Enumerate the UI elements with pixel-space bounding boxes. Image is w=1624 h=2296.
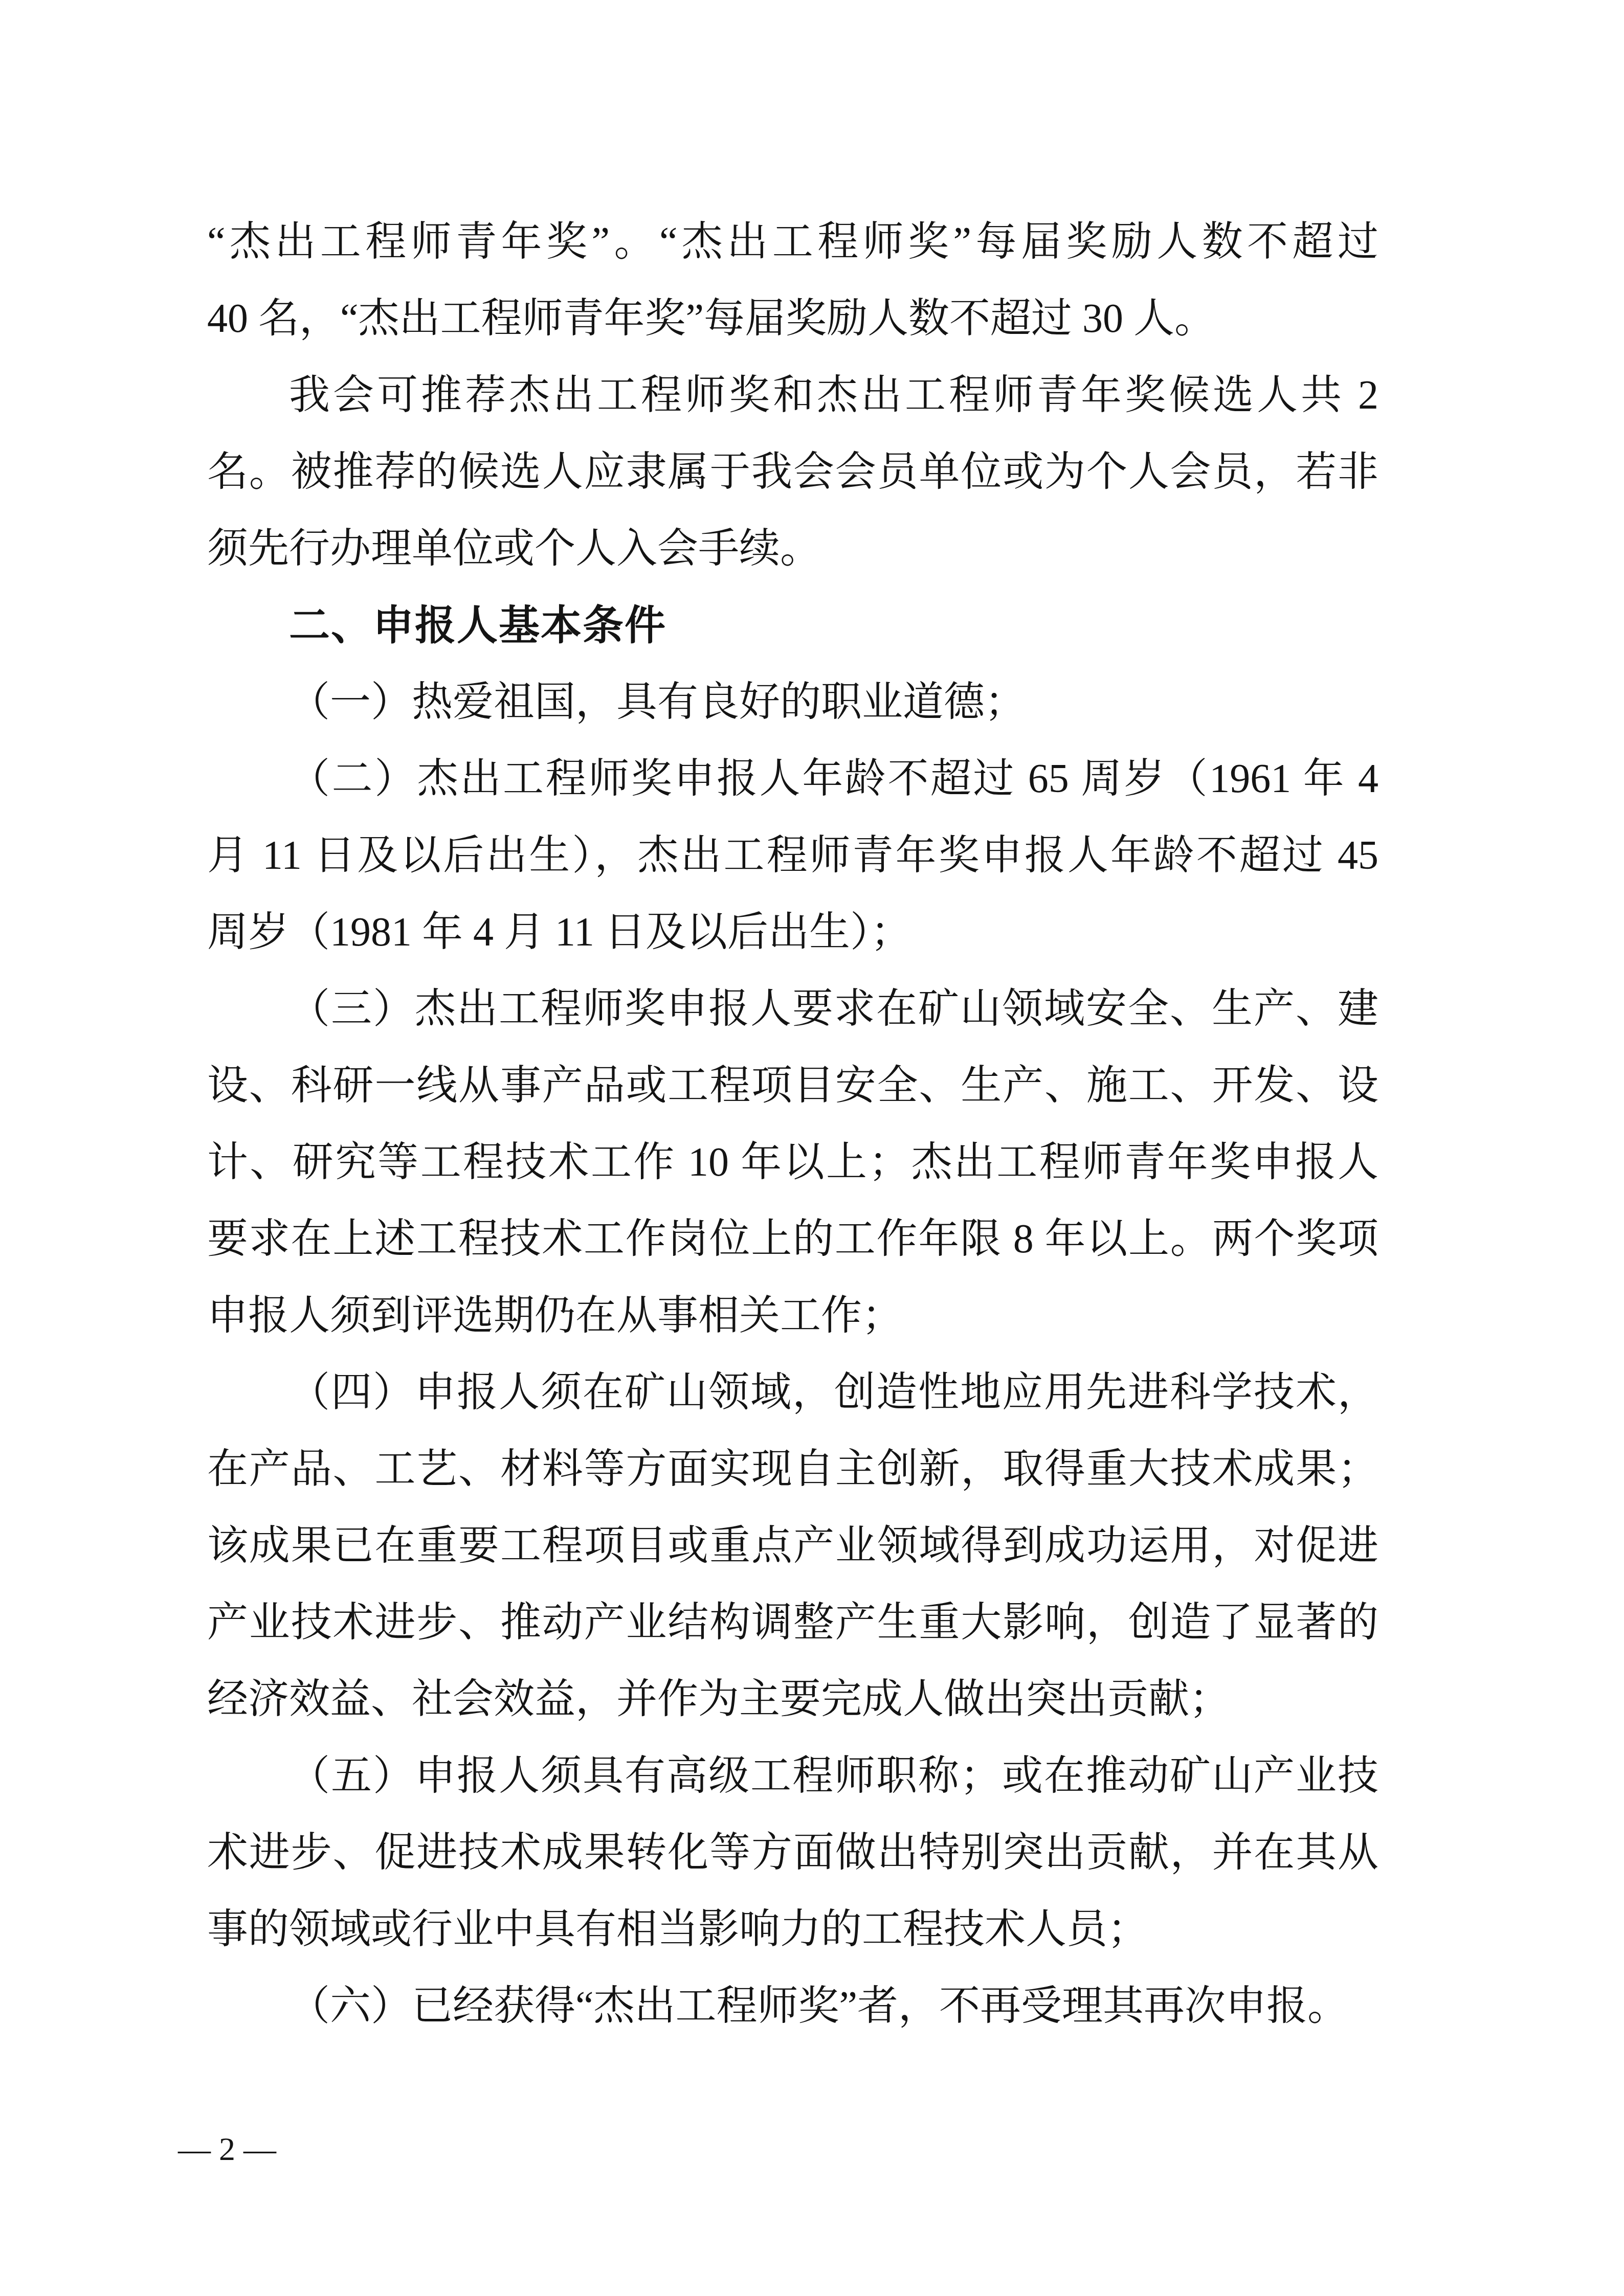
text-line: 我会可推荐杰出工程师奖和杰出工程师青年奖候选人共 2: [207, 357, 1378, 434]
text-line: （六）已经获得“杰出工程师奖”者，不再受理其再次申报。: [207, 1968, 1378, 2044]
section-heading: 二、申报人基本条件: [207, 587, 1378, 664]
text-line: （三）杰出工程师奖申报人要求在矿山领域安全、生产、建: [207, 971, 1378, 1047]
text-line: 计、研究等工程技术工作 10 年以上；杰出工程师青年奖申报人: [207, 1124, 1378, 1201]
text-line: 名。被推荐的候选人应隶属于我会会员单位或为个人会员，若非: [207, 434, 1378, 510]
text-line: （一）热爱祖国，具有良好的职业道德；: [207, 664, 1378, 740]
text-line: 设、科研一线从事产品或工程项目安全、生产、施工、开发、设: [207, 1047, 1378, 1124]
text-line: 月 11 日及以后出生），杰出工程师青年奖申报人年龄不超过 45: [207, 817, 1378, 894]
text-line: “杰出工程师青年奖”。“杰出工程师奖”每届奖励人数不超过: [207, 204, 1378, 280]
text-line: 40 名，“杰出工程师青年奖”每届奖励人数不超过 30 人。: [207, 280, 1378, 357]
page-number: — 2 —: [178, 2111, 276, 2188]
text-line: 要求在上述工程技术工作岗位上的工作年限 8 年以上。两个奖项: [207, 1201, 1378, 1277]
document-page: “杰出工程师青年奖”。“杰出工程师奖”每届奖励人数不超过40 名，“杰出工程师青…: [0, 0, 1624, 2296]
text-line: 周岁（1981 年 4 月 11 日及以后出生）；: [207, 894, 1378, 971]
text-line: 经济效益、社会效益，并作为主要完成人做出突出贡献；: [207, 1661, 1378, 1738]
text-line: 事的领域或行业中具有相当影响力的工程技术人员；: [207, 1891, 1378, 1968]
text-line: （五）申报人须具有高级工程师职称；或在推动矿山产业技: [207, 1738, 1378, 1814]
text-block: “杰出工程师青年奖”。“杰出工程师奖”每届奖励人数不超过40 名，“杰出工程师青…: [207, 204, 1378, 2044]
text-line: 术进步、促进技术成果转化等方面做出特别突出贡献，并在其从: [207, 1814, 1378, 1891]
text-line: （四）申报人须在矿山领域，创造性地应用先进科学技术，: [207, 1354, 1378, 1431]
text-line: 在产品、工艺、材料等方面实现自主创新，取得重大技术成果；: [207, 1431, 1378, 1507]
text-line: 该成果已在重要工程项目或重点产业领域得到成功运用，对促进: [207, 1507, 1378, 1584]
text-line: 产业技术进步、推动产业结构调整产生重大影响，创造了显著的: [207, 1584, 1378, 1661]
text-line: 申报人须到评选期仍在从事相关工作；: [207, 1277, 1378, 1354]
text-line: （二）杰出工程师奖申报人年龄不超过 65 周岁（1961 年 4: [207, 740, 1378, 817]
text-line: 须先行办理单位或个人入会手续。: [207, 510, 1378, 587]
